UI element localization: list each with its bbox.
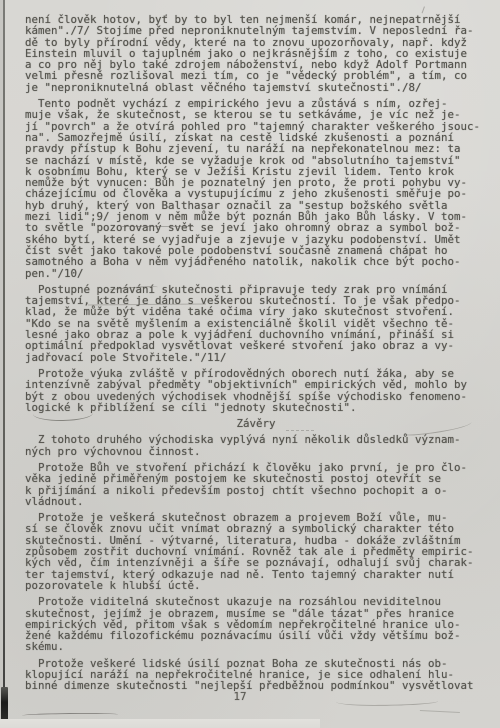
paragraph: Protože je veškerá skutečnost obrazem a …: [25, 512, 487, 591]
paragraph: Z tohoto druhého východiska vyplývá nyní…: [25, 434, 487, 457]
scanned-document-page: není člověk hotov, byť by to byl ten nej…: [0, 0, 500, 728]
paragraph: Protože viditelná skutečnost ukazuje na …: [25, 596, 487, 652]
scan-edge-line: [3, 0, 5, 728]
document-text-column: není člověk hotov, byť by to byl ten nej…: [25, 14, 487, 697]
section-heading: Závěry: [25, 418, 487, 429]
paragraph: Protože výuka zvláště v přírodovědných o…: [25, 368, 487, 413]
scan-smudge: [420, 705, 460, 713]
page-number: 17: [0, 690, 480, 703]
paragraph: není člověk hotov, byť by to byl ten nej…: [25, 14, 487, 93]
pencil-line: [22, 712, 118, 717]
paragraph: Protože Bůh ve stvoření přichází k člově…: [25, 462, 487, 507]
paragraph: Tento podnět vychází z empirického jevu …: [25, 98, 487, 279]
paragraph: Postupné poznávání skutečnosti připravuj…: [25, 284, 487, 363]
scan-smudge: [414, 4, 425, 14]
scan-bottom-edge: [0, 719, 320, 728]
paragraph: Protože veškeré lidské úsilí poznat Boha…: [25, 658, 487, 692]
